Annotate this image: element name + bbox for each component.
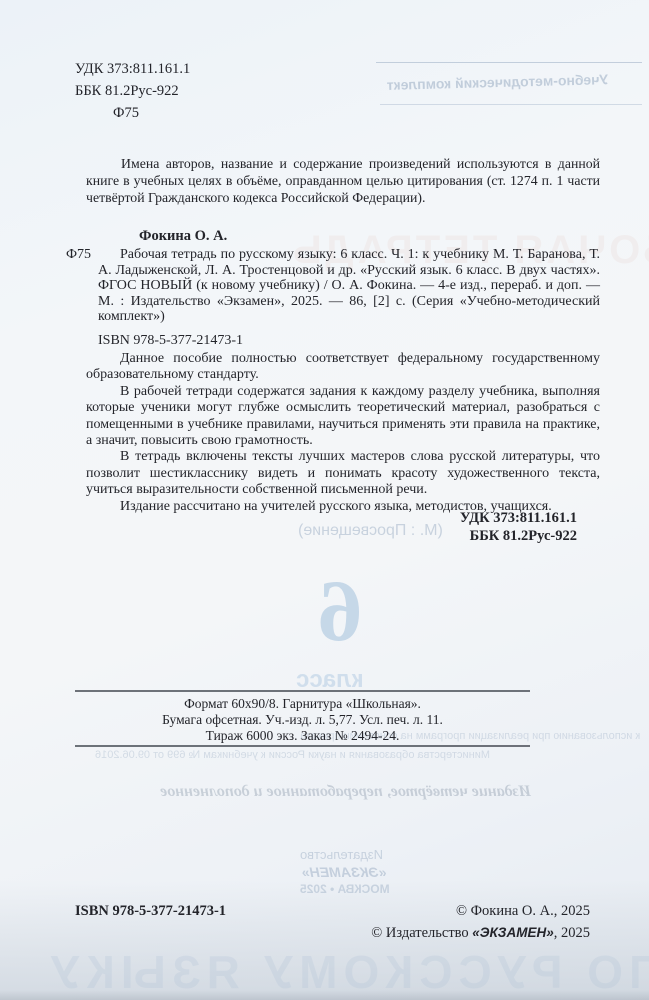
annotation-paragraph-1: Данное пособие полностью соответствует ф…	[86, 351, 600, 384]
udk-code-top: УДК 373:811.161.1	[75, 58, 190, 80]
copyright-publisher-line: © Издательство «ЭКЗАМЕН», 2025	[371, 922, 590, 944]
book-imprint-page: Учебно-методический комплект РАБОЧАЯ ТЕТ…	[0, 0, 649, 1000]
author-name: Фокина О. А.	[139, 228, 227, 245]
colophon-block: Формат 60х90/8. Гарнитура «Школьная». Бу…	[75, 696, 530, 744]
top-codes-block: УДК 373:811.161.1 ББК 81.2Рус-922 Ф75	[75, 58, 190, 124]
colophon-print-run-line: Тираж 6000 экз. Заказ № 2494-24.	[75, 728, 530, 744]
showthrough-edition-line: Издание четвёртое, переработанное и допо…	[160, 783, 531, 801]
bibliographic-description: Рабочая тетрадь по русскому языку: 6 кла…	[98, 247, 600, 325]
showthrough-rule-bottom	[380, 104, 642, 105]
colophon-paper-line: Бумага офсетная. Уч.-изд. л. 5,77. Усл. …	[75, 712, 530, 728]
footer-isbn: ISBN 978-5-377-21473-1	[75, 903, 226, 920]
showthrough-prosveshenie-text: (М. : Просвещение)	[298, 522, 443, 540]
colophon-rule-bottom	[75, 745, 530, 747]
udk-code-right: УДК 373:811.161.1	[460, 510, 577, 528]
catalog-code: Ф75	[66, 247, 91, 263]
showthrough-publisher-name: Издательство	[300, 847, 383, 862]
isbn-record: ISBN 978-5-377-21473-1	[98, 333, 243, 349]
codes-right-block: УДК 373:811.161.1 ББК 81.2Рус-922	[460, 510, 577, 545]
author-sign-top: Ф75	[75, 102, 190, 124]
copyright-publisher-suffix: , 2025	[554, 925, 590, 941]
copyright-publisher-brand: «ЭКЗАМЕН»	[472, 925, 553, 940]
bbk-code-top: ББК 81.2Рус-922	[75, 80, 190, 102]
annotation-block: Данное пособие полностью соответствует ф…	[86, 351, 600, 515]
copyright-author-line: © Фокина О. А., 2025	[371, 900, 590, 922]
annotation-paragraph-2: В рабочей тетради содержатся задания к к…	[86, 384, 600, 450]
legal-notice-paragraph: Имена авторов, название и содержание про…	[86, 155, 600, 206]
showthrough-series-band-text: Учебно-методический комплект	[388, 71, 608, 93]
colophon-format-line: Формат 60х90/8. Гарнитура «Школьная».	[75, 696, 530, 712]
footer-copyright-block: © Фокина О. А., 2025 © Издательство «ЭКЗ…	[371, 900, 590, 944]
bbk-code-right: ББК 81.2Рус-922	[460, 528, 577, 546]
annotation-paragraph-3: В тетрадь включены тексты лучших мастеро…	[86, 449, 600, 498]
showthrough-big-digit-6: 6	[318, 568, 362, 656]
showthrough-rule-top	[376, 62, 642, 63]
showthrough-publisher-brand: «ЭКЗАМЕН»	[302, 864, 386, 880]
copyright-publisher-prefix: © Издательство	[371, 925, 472, 941]
showthrough-approve-line-2: Министерства образования и науки России …	[95, 749, 490, 761]
colophon-rule-top	[75, 690, 530, 692]
showthrough-bottom-title: ПО РУССКОМУ ЯЗЫКУ	[45, 945, 649, 999]
showthrough-publisher-city-year: МОСКВА • 2025	[300, 882, 390, 896]
